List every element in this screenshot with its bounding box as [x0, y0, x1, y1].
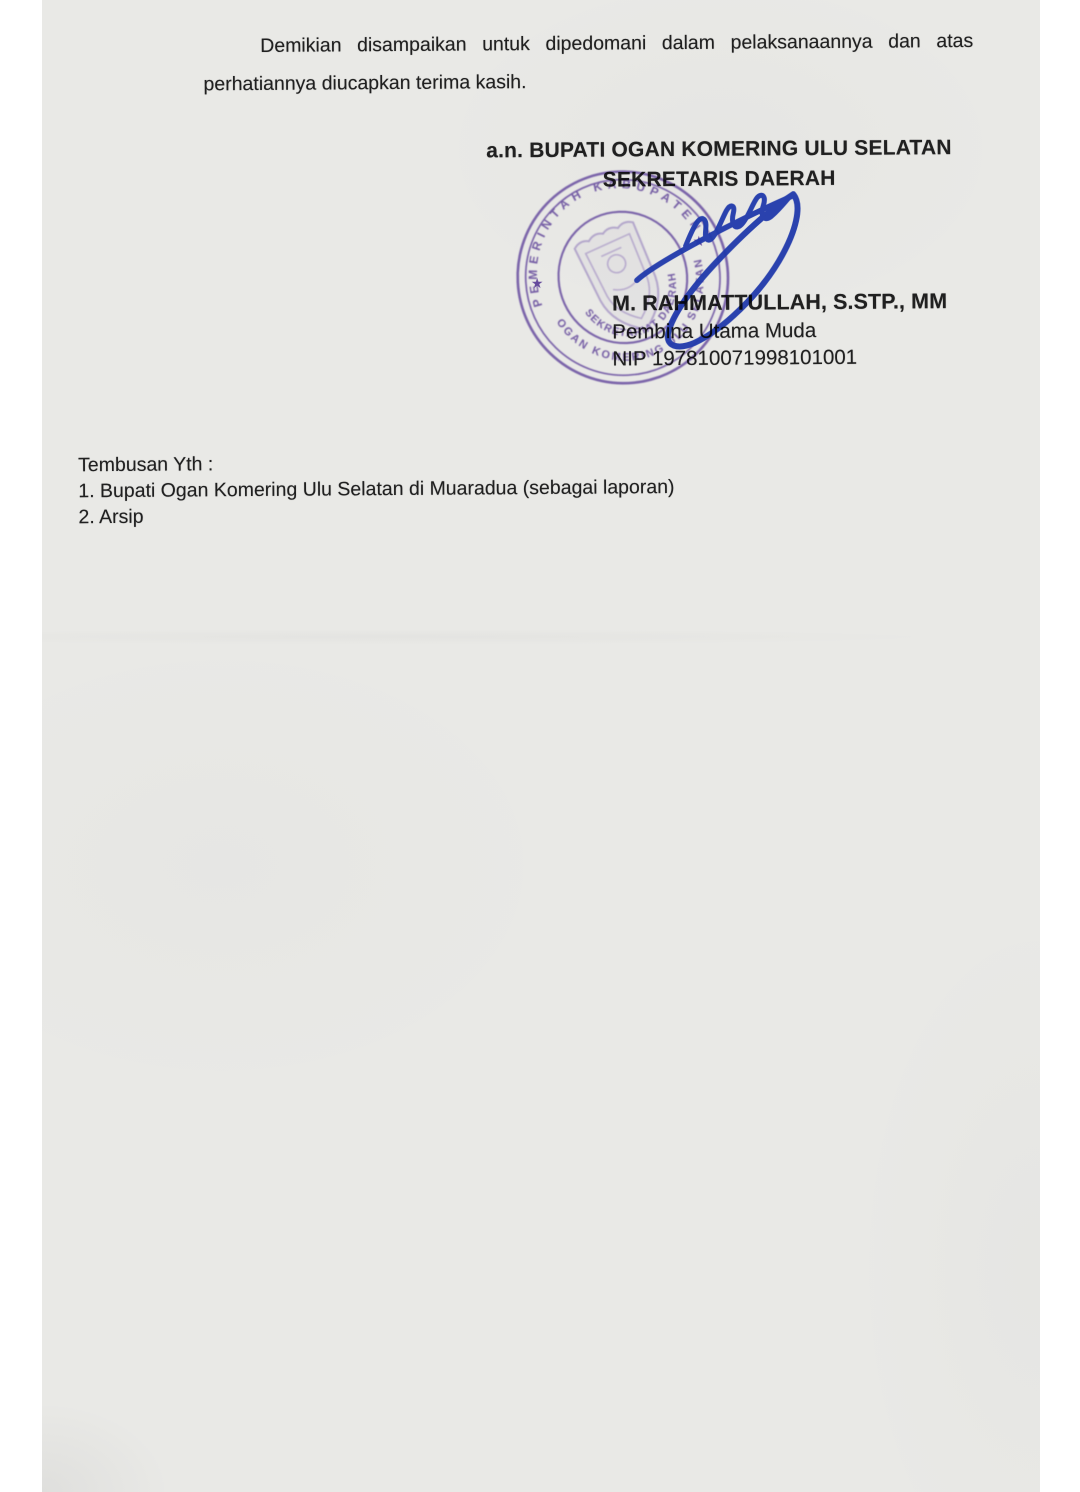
closing-paragraph-line-2: perhatiannya diucapkan terima kasih. [203, 60, 973, 103]
stamp-star-left-icon: ★ [531, 276, 544, 292]
closing-paragraph: Demikian disampaikan untuk dipedomani da… [203, 23, 974, 103]
letter-content: Demikian disampaikan untuk dipedomani da… [0, 0, 1080, 1492]
tembusan-item-2: 2. Arsip [78, 499, 778, 530]
closing-paragraph-line-1: Demikian disampaikan untuk dipedomani da… [203, 23, 973, 66]
official-round-stamp-icon: PEMERINTAH KABUPATEN OGAN KOMERING ULU S… [483, 153, 762, 418]
scanned-letter-page: Demikian disampaikan untuk dipedomani da… [0, 0, 1080, 1492]
tembusan-section: Tembusan Yth : 1. Bupati Ogan Komering U… [78, 447, 779, 530]
stamp-and-signature-overlay: PEMERINTAH KABUPATEN OGAN KOMERING ULU S… [479, 153, 861, 426]
tembusan-item-1: 1. Bupati Ogan Komering Ulu Selatan di M… [78, 473, 778, 504]
